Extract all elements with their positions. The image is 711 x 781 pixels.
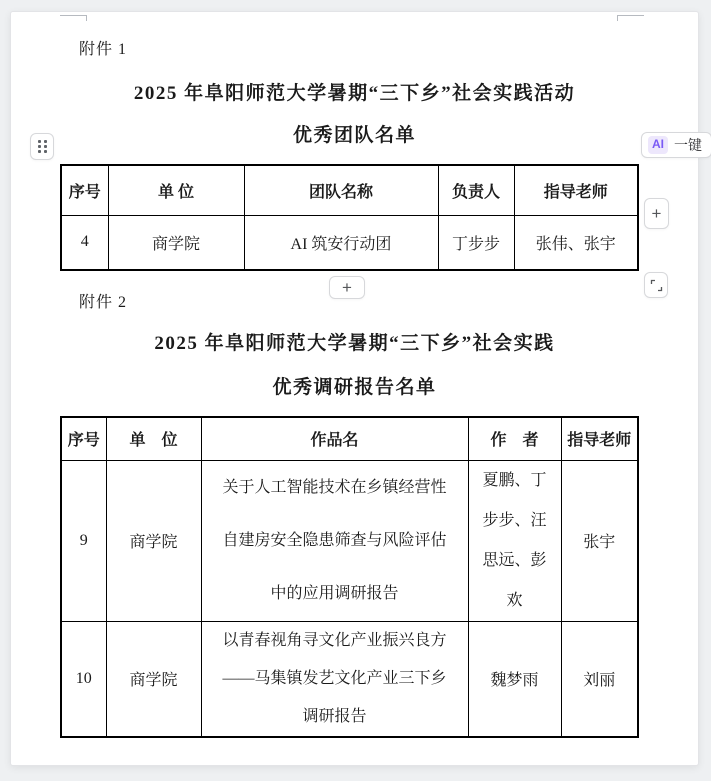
table-cell: 张伟、张宇 [514, 215, 638, 270]
document-page: 附件 1 2025 年阜阳师范大学暑期“三下乡”社会实践活动 优秀团队名单 序号… [10, 11, 699, 766]
grid-handle-icon [38, 140, 47, 153]
table-drag-handle[interactable] [30, 133, 54, 160]
table-cell: 10 [61, 621, 106, 737]
ai-button-label: 一键 [674, 135, 702, 155]
header-cell: 序号 [61, 417, 106, 460]
add-row-button[interactable]: + [329, 276, 365, 299]
table-row: 10 商学院 以青春视角寻文化产业振兴良方——马集镇发艺文化产业三下乡调研报告 … [61, 621, 638, 737]
attachment1-label: 附件 1 [79, 36, 127, 59]
editor-canvas: { "attachment1": { "label": "附件 1", "tit… [0, 0, 711, 781]
expand-icon [650, 279, 663, 292]
header-cell: 单 位 [106, 417, 201, 460]
add-column-button[interactable]: + [644, 198, 669, 229]
plus-icon: + [342, 279, 352, 296]
table-cell: 魏梦雨 [468, 621, 561, 737]
table-cell: 以青春视角寻文化产业振兴良方——马集镇发艺文化产业三下乡调研报告 [201, 621, 468, 737]
table-cell: 刘丽 [561, 621, 638, 737]
margin-mark-right [617, 15, 644, 21]
table-cell: 商学院 [108, 215, 244, 270]
table-cell: 4 [61, 215, 108, 270]
plus-icon: + [652, 205, 662, 222]
attachment2-title-line2: 优秀调研报告名单 [11, 372, 698, 399]
header-cell: 指导老师 [561, 417, 638, 460]
attachment1-title-line1: 2025 年阜阳师范大学暑期“三下乡”社会实践活动 [11, 78, 698, 105]
expand-table-button[interactable] [644, 272, 668, 298]
table-cell: 张宇 [561, 460, 638, 621]
attachment2-title-line1: 2025 年阜阳师范大学暑期“三下乡”社会实践 [11, 328, 698, 355]
header-cell: 团队名称 [244, 165, 438, 215]
header-cell: 指导老师 [514, 165, 638, 215]
table-cell: 商学院 [106, 460, 201, 621]
header-cell: 作品名 [201, 417, 468, 460]
table-cell: 关于人工智能技术在乡镇经营性自建房安全隐患筛查与风险评估中的应用调研报告 [201, 460, 468, 621]
table-cell: 夏鹏、丁步步、汪思远、彭欢 [468, 460, 561, 621]
attachment2-label: 附件 2 [79, 289, 127, 312]
teams-table: 序号 单 位 团队名称 负责人 指导老师 4 商学院 AI 筑安行动团 丁步步 … [60, 164, 639, 271]
header-cell: 负责人 [438, 165, 514, 215]
table-cell: 9 [61, 460, 106, 621]
header-cell: 序号 [61, 165, 108, 215]
header-cell: 单 位 [108, 165, 244, 215]
table-cell: 丁步步 [438, 215, 514, 270]
table-cell: 商学院 [106, 621, 201, 737]
teams-table-header-row: 序号 单 位 团队名称 负责人 指导老师 [61, 165, 638, 215]
header-cell: 作 者 [468, 417, 561, 460]
ai-badge: AI [648, 136, 668, 153]
attachment1-title-line2: 优秀团队名单 [11, 120, 698, 147]
reports-table: 序号 单 位 作品名 作 者 指导老师 9 商学院 关于人工智能技术在乡镇经营性… [60, 416, 639, 738]
margin-mark-left [60, 15, 87, 21]
table-cell: AI 筑安行动团 [244, 215, 438, 270]
table-row: 4 商学院 AI 筑安行动团 丁步步 张伟、张宇 [61, 215, 638, 270]
reports-table-header-row: 序号 单 位 作品名 作 者 指导老师 [61, 417, 638, 460]
ai-one-click-button[interactable]: AI 一键 [641, 132, 711, 158]
table-row: 9 商学院 关于人工智能技术在乡镇经营性自建房安全隐患筛查与风险评估中的应用调研… [61, 460, 638, 621]
